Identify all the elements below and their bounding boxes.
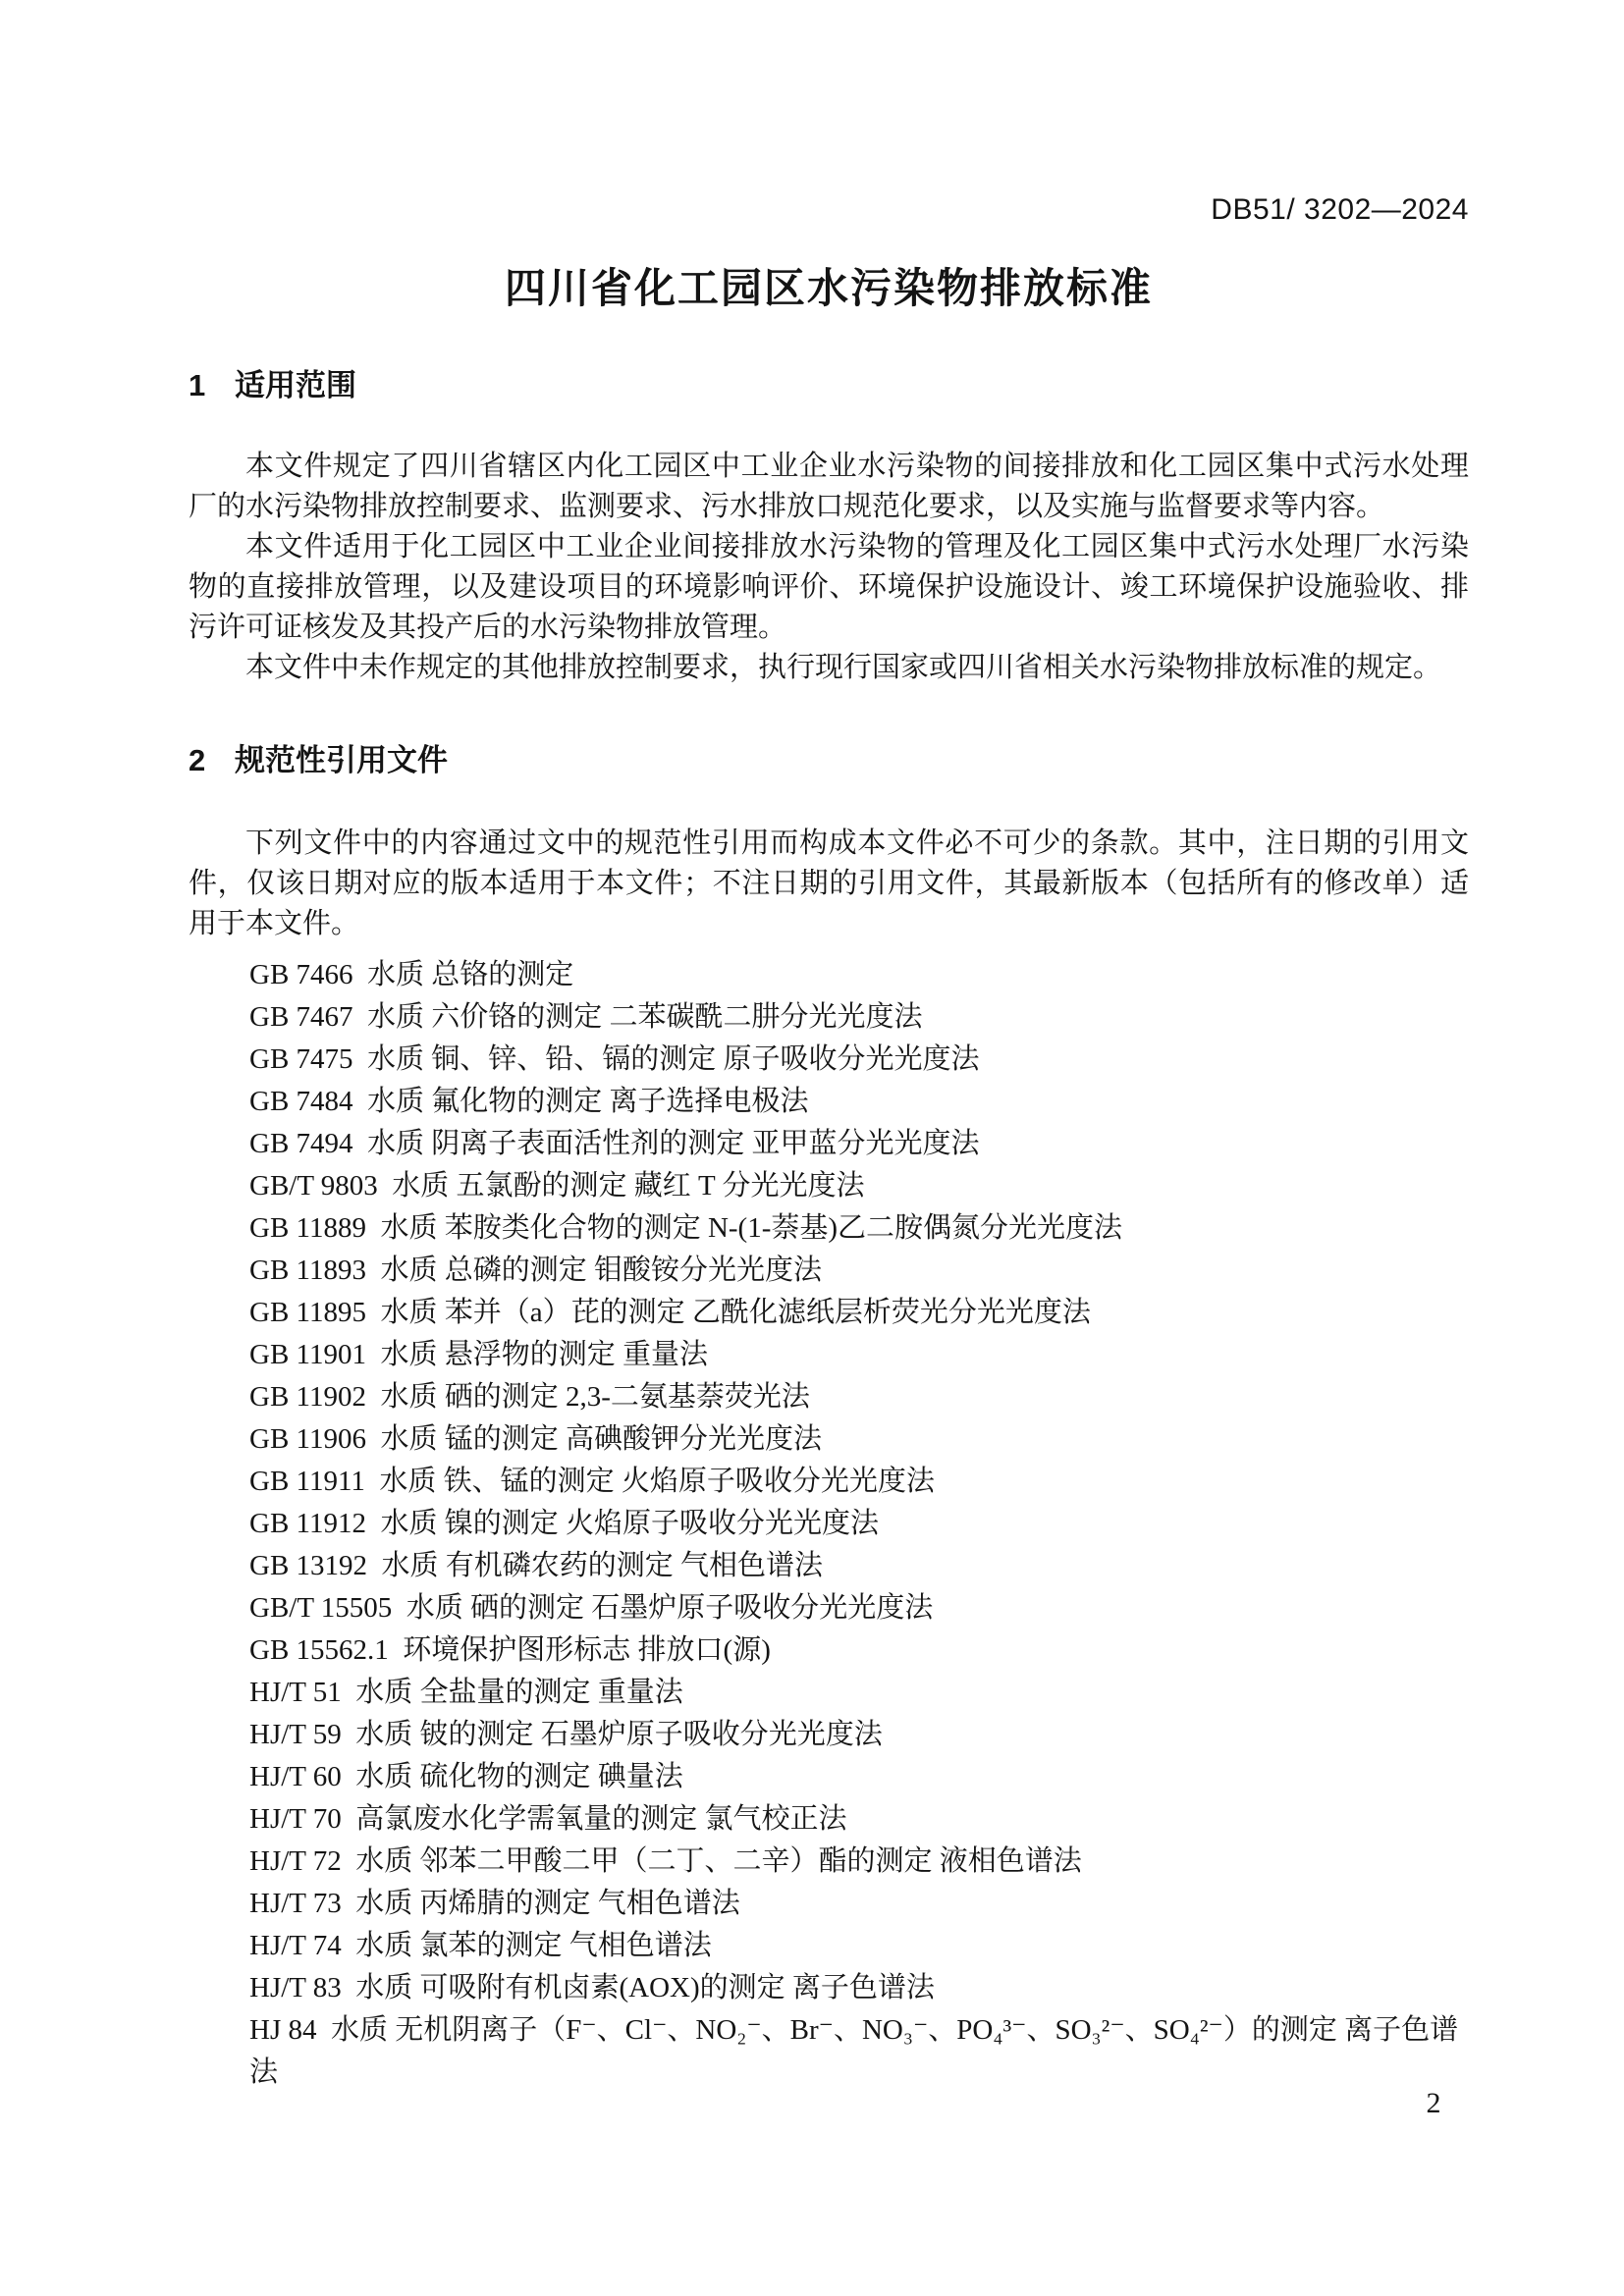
reference-item: HJ/T 73 水质 丙烯腈的测定 气相色谱法 <box>189 1883 1469 1925</box>
reference-item: GB 11911 水质 铁、锰的测定 火焰原子吸收分光光度法 <box>189 1461 1469 1503</box>
reference-item: GB 7466 水质 总铬的测定 <box>189 954 1469 996</box>
document-page: DB51/ 3202—2024 四川省化工园区水污染物排放标准 1 适用范围 本… <box>0 0 1624 2296</box>
reference-item: HJ/T 70 高氯废水化学需氧量的测定 氯气校正法 <box>189 1798 1469 1841</box>
section-1-paragraph: 本文件规定了四川省辖区内化工园区中工业企业水污染物的间接排放和化工园区集中式污水… <box>189 447 1469 527</box>
reference-item: GB 15562.1 环境保护图形标志 排放口(源) <box>189 1629 1469 1672</box>
section-2-intro-paragraph: 下列文件中的内容通过文中的规范性引用而构成本文件必不可少的条款。其中，注日期的引… <box>189 824 1469 944</box>
section-1-title: 适用范围 <box>235 370 356 402</box>
reference-item: GB 7475 水质 铜、锌、铅、镉的测定 原子吸收分光光度法 <box>189 1039 1469 1081</box>
normative-references-list: GB 7466 水质 总铬的测定 GB 7467 水质 六价铬的测定 二苯碳酰二… <box>189 954 1469 2094</box>
reference-item: HJ 84 水质 无机阴离子（F⁻、Cl⁻、NO₂⁻、Br⁻、NO₃⁻、PO₄³… <box>189 2009 1469 2094</box>
reference-item: GB 11895 水质 苯并（a）芘的测定 乙酰化滤纸层析荧光分光光度法 <box>189 1292 1469 1334</box>
reference-item: GB 11902 水质 硒的测定 2,3-二氨基萘荧光法 <box>189 1376 1469 1418</box>
section-2-heading: 2 规范性引用文件 <box>189 745 1469 777</box>
section-1-paragraph: 本文件适用于化工园区中工业企业间接排放水污染物的管理及化工园区集中式污水处理厂水… <box>189 527 1469 648</box>
section-1-paragraph: 本文件中未作规定的其他排放控制要求，执行现行国家或四川省相关水污染物排放标准的规… <box>189 648 1469 688</box>
reference-item: GB/T 15505 水质 硒的测定 石墨炉原子吸收分光光度法 <box>189 1587 1469 1629</box>
reference-item: HJ/T 59 水质 铍的测定 石墨炉原子吸收分光光度法 <box>189 1714 1469 1756</box>
reference-item: GB 7494 水质 阴离子表面活性剂的测定 亚甲蓝分光光度法 <box>189 1123 1469 1165</box>
reference-item: GB 7484 水质 氟化物的测定 离子选择电极法 <box>189 1081 1469 1123</box>
reference-item: GB 7467 水质 六价铬的测定 二苯碳酰二肼分光光度法 <box>189 996 1469 1039</box>
reference-item: GB 11906 水质 锰的测定 高碘酸钾分光光度法 <box>189 1418 1469 1461</box>
reference-item: HJ/T 51 水质 全盐量的测定 重量法 <box>189 1672 1469 1714</box>
document-title: 四川省化工园区水污染物排放标准 <box>189 268 1469 309</box>
reference-item: GB/T 9803 水质 五氯酚的测定 藏红 T 分光光度法 <box>189 1165 1469 1207</box>
reference-item: HJ/T 72 水质 邻苯二甲酸二甲（二丁、二辛）酯的测定 液相色谱法 <box>189 1841 1469 1883</box>
reference-item: HJ/T 74 水质 氯苯的测定 气相色谱法 <box>189 1925 1469 1967</box>
reference-item: HJ/T 60 水质 硫化物的测定 碘量法 <box>189 1756 1469 1798</box>
section-1-heading: 1 适用范围 <box>189 370 1469 402</box>
reference-item: GB 11889 水质 苯胺类化合物的测定 N-(1-萘基)乙二胺偶氮分光光度法 <box>189 1207 1469 1250</box>
doc-code: DB51/ 3202—2024 <box>189 0 1469 225</box>
reference-item: GB 11901 水质 悬浮物的测定 重量法 <box>189 1334 1469 1376</box>
reference-item: GB 13192 水质 有机磷农药的测定 气相色谱法 <box>189 1545 1469 1587</box>
section-1-number: 1 <box>189 370 235 402</box>
reference-item: HJ/T 83 水质 可吸附有机卤素(AOX)的测定 离子色谱法 <box>189 1967 1469 2009</box>
reference-item: GB 11893 水质 总磷的测定 钼酸铵分光光度法 <box>189 1250 1469 1292</box>
section-2-number: 2 <box>189 745 235 777</box>
page-number: 2 <box>1410 2089 1457 2118</box>
reference-item: GB 11912 水质 镍的测定 火焰原子吸收分光光度法 <box>189 1503 1469 1545</box>
section-2-title: 规范性引用文件 <box>235 745 448 777</box>
